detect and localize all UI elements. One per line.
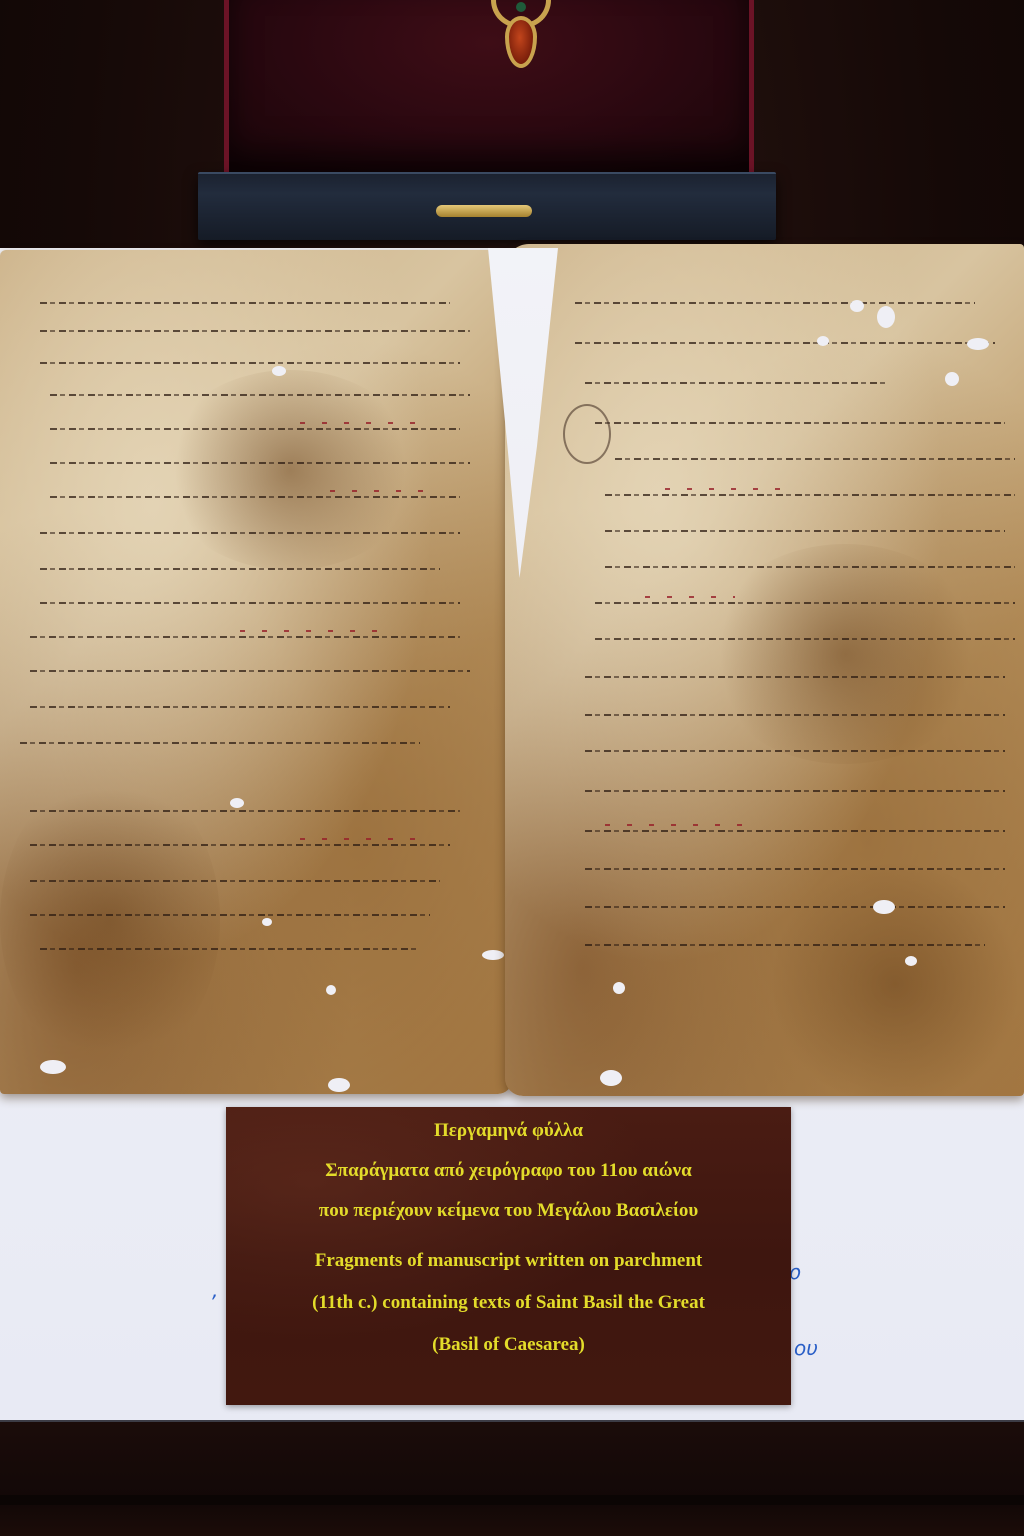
museum-display-scene: ρ ου ‚ <box>0 0 1024 1536</box>
pendant-icon <box>489 0 553 72</box>
script-line <box>595 638 1015 640</box>
worm-hole <box>817 336 829 346</box>
parchment-leaf-right <box>505 244 1024 1096</box>
worm-hole <box>905 956 917 966</box>
script-line <box>50 462 470 464</box>
worm-hole <box>482 950 504 960</box>
seal-mark <box>563 404 611 464</box>
worm-hole <box>326 985 336 995</box>
script-line <box>30 636 460 638</box>
worm-hole <box>945 372 959 386</box>
script-line <box>615 458 1015 460</box>
rubric-line <box>300 422 420 424</box>
label-greek-line2: που περιέχουν κείμενα του Μεγάλου Βασιλε… <box>226 1199 791 1223</box>
script-line <box>40 948 420 950</box>
label-english-line3: (Basil of Caesarea) <box>226 1333 791 1357</box>
clasp-icon <box>436 205 532 217</box>
script-line <box>50 428 460 430</box>
rubric-line <box>605 824 745 826</box>
rubric-line <box>300 838 420 840</box>
pen-mark-left: ‚ <box>212 1278 218 1302</box>
script-line <box>30 914 430 916</box>
script-line <box>585 868 1005 870</box>
rubric-line <box>645 596 735 598</box>
jewelry-box <box>198 0 776 238</box>
worm-hole <box>262 918 272 926</box>
worm-hole <box>40 1060 66 1074</box>
worm-hole <box>613 982 625 994</box>
script-line <box>585 830 1005 832</box>
stain <box>0 770 220 1070</box>
worm-hole <box>873 900 895 914</box>
script-line <box>575 342 995 344</box>
script-line <box>605 566 1015 568</box>
display-shelf <box>0 1420 1024 1536</box>
box-front-panel <box>198 172 776 240</box>
script-line <box>605 530 1005 532</box>
worm-hole <box>328 1078 350 1092</box>
worm-hole <box>850 300 864 312</box>
museum-label: Περγαμηνά φύλλα Σπαράγματα από χειρόγραφ… <box>226 1107 791 1405</box>
script-line <box>30 706 450 708</box>
worm-hole <box>230 798 244 808</box>
script-line <box>585 906 1005 908</box>
amber-gem <box>505 16 537 68</box>
worm-hole <box>967 338 989 350</box>
label-greek-section: Περγαμηνά φύλλα Σπαράγματα από χειρόγραφ… <box>226 1107 791 1223</box>
label-greek-title: Περγαμηνά φύλλα <box>226 1119 791 1143</box>
script-line <box>40 602 460 604</box>
label-greek-line1: Σπαράγματα από χειρόγραφο του 11ου αιώνα <box>226 1159 791 1183</box>
script-line <box>20 742 420 744</box>
label-english-line2: (11th c.) containing texts of Saint Basi… <box>226 1291 791 1315</box>
script-line <box>40 532 460 534</box>
stain <box>765 864 1024 1096</box>
stain <box>160 370 420 570</box>
script-line <box>50 394 470 396</box>
stain <box>705 544 985 764</box>
worm-hole <box>877 306 895 328</box>
worm-hole <box>272 366 286 376</box>
rubric-line <box>240 630 380 632</box>
script-line <box>30 810 460 812</box>
script-line <box>30 670 470 672</box>
script-line <box>595 602 1015 604</box>
label-english-line1: Fragments of manuscript written on parch… <box>226 1249 791 1273</box>
script-line <box>585 676 1005 678</box>
emerald-stone <box>516 2 526 12</box>
script-line <box>30 844 450 846</box>
script-line <box>585 944 985 946</box>
script-line <box>585 382 885 384</box>
script-line <box>595 422 1005 424</box>
worm-hole <box>600 1070 622 1086</box>
script-line <box>40 362 460 364</box>
script-line <box>40 568 440 570</box>
label-english-section: Fragments of manuscript written on parch… <box>226 1239 791 1357</box>
script-line <box>585 750 1005 752</box>
shelf-edge <box>0 1495 1024 1505</box>
script-line <box>585 714 1005 716</box>
script-line <box>50 496 460 498</box>
parchment-leaf-left <box>0 250 512 1094</box>
pen-mark-right: ου <box>794 1336 818 1360</box>
velvet-lining <box>224 0 754 172</box>
script-line <box>585 790 1005 792</box>
script-line <box>605 494 1015 496</box>
rubric-line <box>665 488 785 490</box>
script-line <box>575 302 975 304</box>
script-line <box>40 330 470 332</box>
script-line <box>30 880 440 882</box>
script-line <box>40 302 450 304</box>
rubric-line <box>330 490 440 492</box>
